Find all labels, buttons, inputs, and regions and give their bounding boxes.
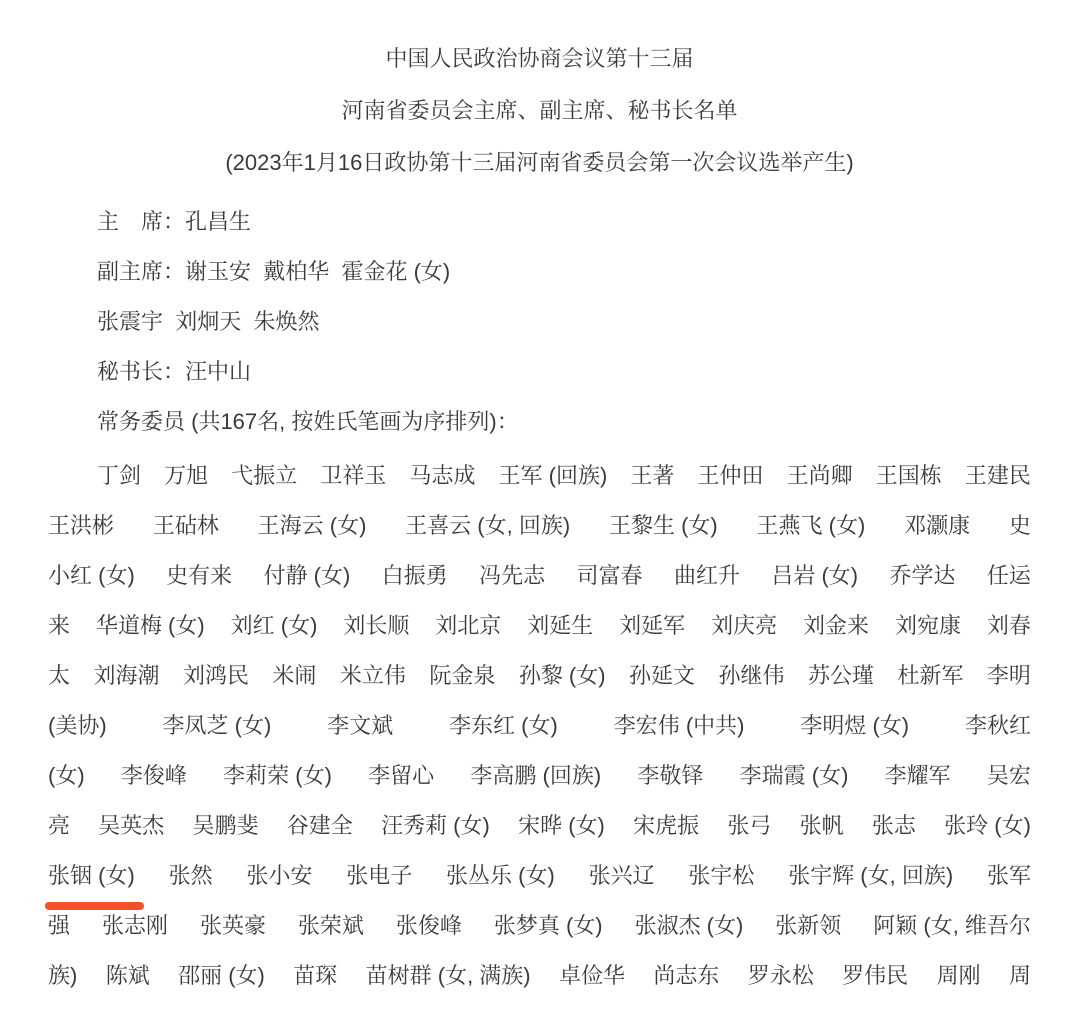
member-name: 张帆 [800,801,844,851]
member-name: 刘延军 [619,601,685,651]
member-name: 张英豪 [200,901,266,951]
member-line: 亮吴英杰吴鹏斐谷建全汪秀莉 (女)宋晔 (女)宋虎振张弓张帆张志张玲 (女) [48,801,1031,851]
member-name: 来 [48,601,70,651]
member-line: 张铟 (女)张然张小安张电子张丛乐 (女)张兴辽张宇松张宇辉 (女, 回族)张军 [48,851,1031,901]
member-line: 王洪彬王砧林王海云 (女)王喜云 (女, 回族)王黎生 (女)王燕飞 (女)邓灏… [48,501,1031,551]
member-name: 张小安 [246,851,312,901]
member-name: 张丛乐 (女) [446,851,555,901]
member-name: 李文斌 [327,701,393,751]
member-name: 苗琛 [293,951,337,1001]
member-line: 强张志刚张英豪张荣斌张俊峰张梦真 (女)张淑杰 (女)张新领阿颖 (女, 维吾尔 [48,901,1031,951]
member-name: 王尚卿 [787,451,853,501]
secretary-general-name: 汪中山 [185,359,251,384]
member-name: 王洪彬 [48,501,114,551]
member-name: 族) [48,951,77,1001]
member-name: 李明 [987,651,1031,701]
document-page: 中国人民政治协商会议第十三届 河南省委员会主席、副主席、秘书长名单 (2023年… [0,0,1079,1018]
member-name: 王国栋 [876,451,942,501]
member-name: 弋振立 [231,451,297,501]
member-name: 张新领 [775,901,841,951]
vice-chairmen-names-line1: 谢玉安 戴柏华 霍金花 (女) [185,259,450,284]
member-name: 史有来 [166,551,232,601]
member-name: 张兴辽 [589,851,655,901]
document-header: 中国人民政治协商会议第十三届 河南省委员会主席、副主席、秘书长名单 (2023年… [48,33,1031,189]
chairman-name: 孔昌生 [185,209,251,234]
member-name: 王海云 (女) [258,501,367,551]
secretary-general-label: 秘书长： [97,359,185,384]
member-name: 丁剑 [97,451,141,501]
member-name: 小红 (女) [48,551,135,601]
document-title-line1: 中国人民政治协商会议第十三届 [48,33,1031,85]
member-name: 刘金来 [803,601,869,651]
member-name: 李敬铎 [637,751,703,801]
member-line: 小红 (女)史有来付静 (女)白振勇冯先志司富春曲红升吕岩 (女)乔学达任运 [48,551,1031,601]
member-name: 华道梅 (女) [96,601,205,651]
document-title-line2: 河南省委员会主席、副主席、秘书长名单 [48,85,1031,137]
member-name: 吕岩 (女) [771,551,858,601]
member-name: 孙继伟 [719,651,785,701]
member-name: 刘海潮 [93,651,159,701]
member-name: 阮金泉 [429,651,495,701]
member-name: 亮 [48,801,70,851]
vice-chairmen-label: 副主席： [97,259,185,284]
member-name: 李秋红 [965,701,1031,751]
member-name: 李瑞霞 (女) [740,751,849,801]
member-name: 汪秀莉 (女) [381,801,490,851]
member-name: 邵丽 (女) [178,951,265,1001]
member-name: 李凤芝 (女) [163,701,272,751]
member-name: 孙延文 [629,651,695,701]
member-name: 卓俭华 [559,951,625,1001]
member-name: 米立伟 [340,651,406,701]
member-name: 谷建全 [287,801,353,851]
member-name: 刘北京 [435,601,501,651]
member-name: 白振勇 [382,551,448,601]
vice-chairmen-row-1: 副主席：谢玉安 戴柏华 霍金花 (女) [97,247,1031,297]
member-name: 曲红升 [674,551,740,601]
member-name: 张军 [987,851,1031,901]
member-name: 王黎生 (女) [609,501,718,551]
member-name: 张然 [169,851,213,901]
member-name: 王燕飞 (女) [757,501,866,551]
member-name: 杜新军 [897,651,963,701]
member-name: 罗永松 [748,951,814,1001]
member-name: 张淑杰 (女) [635,901,744,951]
member-name: 刘春 [987,601,1031,651]
member-name: 宋晔 (女) [518,801,605,851]
member-name: 张梦真 (女) [494,901,603,951]
member-name: 张荣斌 [298,901,364,951]
member-name: 刘长顺 [343,601,409,651]
member-line: (美协)李凤芝 (女)李文斌李东红 (女)李宏伟 (中共)李明煜 (女)李秋红 [48,701,1031,751]
member-name: 王砧林 [153,501,219,551]
member-name: 苗树群 (女, 满族) [366,951,531,1001]
member-name: 李俊峰 [121,751,187,801]
standing-committee-heading: 常务委员 (共167名, 按姓氏笔画为序排列)： [97,397,1031,447]
member-name: 张电子 [346,851,412,901]
member-name: 吴英杰 [98,801,164,851]
member-name: 张俊峰 [396,901,462,951]
member-name: 陈斌 [106,951,150,1001]
member-name: 刘庆亮 [711,601,777,651]
member-name: 尚志东 [653,951,719,1001]
member-name: 史 [1009,501,1031,551]
member-name: 吴宏 [987,751,1031,801]
member-name: 李留心 [368,751,434,801]
member-name: (美协) [48,701,107,751]
member-name: 周刚 [937,951,981,1001]
member-list: 丁剑万旭弋振立卫祥玉马志成王军 (回族)王著王仲田王尚卿王国栋王建民王洪彬王砧林… [48,451,1031,1001]
officers-section: 主 席：孔昌生 副主席：谢玉安 戴柏华 霍金花 (女) 张震宇 刘炯天 朱焕然 … [48,197,1031,447]
member-name: 王著 [630,451,674,501]
vice-chairmen-names-line2: 张震宇 刘炯天 朱焕然 [97,309,319,334]
member-name: 王建民 [965,451,1031,501]
member-name: 张志 [872,801,916,851]
member-name: (女) [48,751,85,801]
member-name: 乔学达 [890,551,956,601]
member-name: 李莉荣 (女) [223,751,332,801]
member-name: 米闹 [272,651,316,701]
member-name-highlighted: 张铟 (女) [48,851,135,901]
member-name: 罗伟民 [842,951,908,1001]
member-line: 族)陈斌邵丽 (女)苗琛苗树群 (女, 满族)卓俭华尚志东罗永松罗伟民周刚周 [48,951,1031,1001]
chairman-row: 主 席：孔昌生 [97,197,1031,247]
member-name: 万旭 [164,451,208,501]
member-name: 李宏伟 (中共) [614,701,745,751]
secretary-general-row: 秘书长：汪中山 [97,347,1031,397]
member-name: 苏公瑾 [808,651,874,701]
member-line: (女)李俊峰李莉荣 (女)李留心李高鹏 (回族)李敬铎李瑞霞 (女)李耀军吴宏 [48,751,1031,801]
chairman-label: 主 席： [97,209,185,234]
member-name: 孙黎 (女) [519,651,606,701]
member-name: 刘宛康 [895,601,961,651]
member-name: 周 [1009,951,1031,1001]
member-name: 吴鹏斐 [193,801,259,851]
member-name: 张宇松 [688,851,754,901]
member-name: 卫祥玉 [320,451,386,501]
member-name: 李明煜 (女) [800,701,909,751]
member-name: 张玲 (女) [944,801,1031,851]
member-name: 阿颖 (女, 维吾尔 [873,901,1031,951]
member-line: 太刘海潮刘鸿民米闹米立伟阮金泉孙黎 (女)孙延文孙继伟苏公瑾杜新军李明 [48,651,1031,701]
member-name: 张宇辉 (女, 回族) [788,851,953,901]
member-name: 司富春 [577,551,643,601]
member-name: 张弓 [727,801,771,851]
member-name: 王喜云 (女, 回族) [405,501,570,551]
document-subtitle-date: (2023年1月16日政协第十三届河南省委员会第一次会议选举产生) [48,137,1031,189]
member-name: 马志成 [409,451,475,501]
member-name: 太 [48,651,70,701]
member-name: 李东红 (女) [449,701,558,751]
member-name: 刘延生 [527,601,593,651]
member-name: 刘红 (女) [231,601,318,651]
member-name: 宋虎振 [633,801,699,851]
member-name: 冯先志 [479,551,545,601]
member-name: 李耀军 [885,751,951,801]
member-line: 来华道梅 (女)刘红 (女)刘长顺刘北京刘延生刘延军刘庆亮刘金来刘宛康刘春 [48,601,1031,651]
member-name: 王军 (回族) [499,451,608,501]
member-name: 刘鸿民 [183,651,249,701]
member-name: 任运 [987,551,1031,601]
member-name: 付静 (女) [264,551,351,601]
member-name: 李高鹏 (回族) [470,751,601,801]
member-name: 王仲田 [698,451,764,501]
member-line: 丁剑万旭弋振立卫祥玉马志成王军 (回族)王著王仲田王尚卿王国栋王建民 [48,451,1031,501]
vice-chairmen-row-2: 张震宇 刘炯天 朱焕然 [97,297,1031,347]
member-name: 邓灏康 [904,501,970,551]
